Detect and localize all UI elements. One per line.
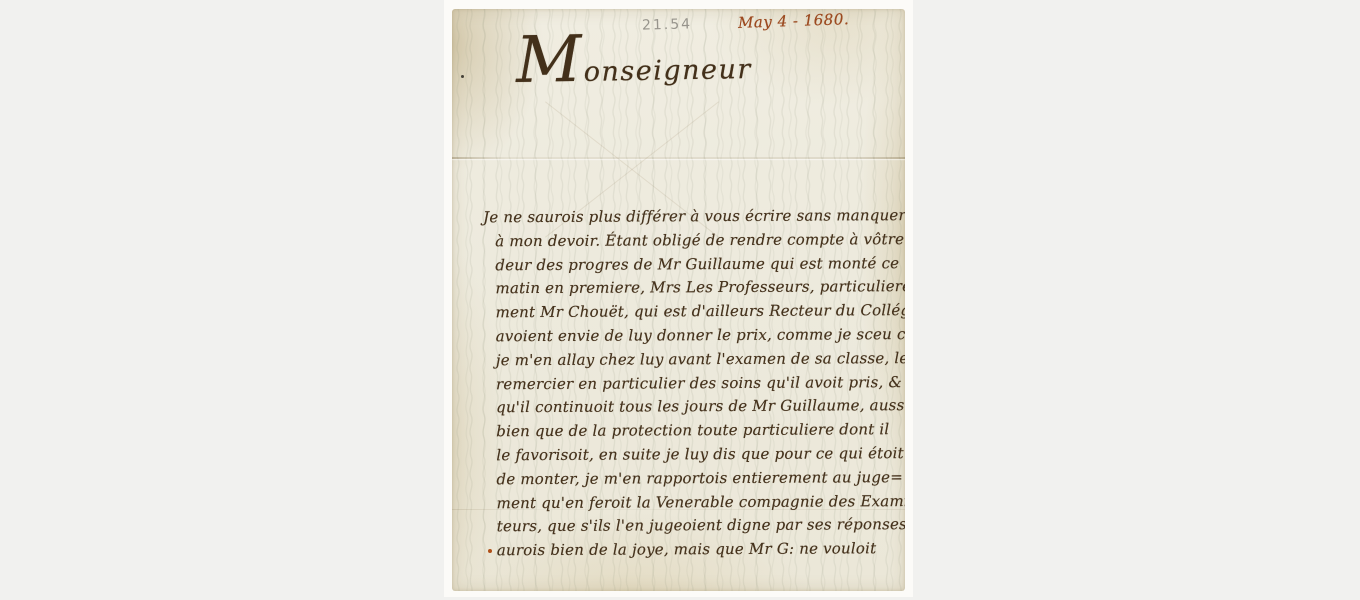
letter-line: matin en premiere, Mrs Les Professeurs, … xyxy=(495,275,905,301)
ink-speck xyxy=(461,75,464,78)
letter-line: ment Mr Chouët, qui est d'ailleurs Recte… xyxy=(496,299,905,325)
letter-line: avoient envie de luy donner le prix, com… xyxy=(496,323,905,349)
letter-line: de monter, je m'en rapportois entieremen… xyxy=(496,466,905,492)
letter-photo: 21.54 May 4 - 1680. M onseigneur Je ne s… xyxy=(444,0,913,597)
letter-line: bien que de la protection toute particul… xyxy=(496,418,905,444)
letter-line: Je ne saurois plus différer à vous écrir… xyxy=(483,204,905,230)
letter-line: ment qu'en feroit la Venerable compagnie… xyxy=(497,489,905,515)
letter-line: à mon devoir. Étant obligé de rendre com… xyxy=(495,228,905,254)
letter-line: je m'en allay chez luy avant l'examen de… xyxy=(496,347,905,373)
letter-body: Je ne saurois plus différer à vous écrir… xyxy=(495,204,905,563)
letter-line: remercier en particulier des soins qu'il… xyxy=(496,370,905,396)
salutation-rest: onseigneur xyxy=(583,54,752,88)
letter-paper: 21.54 May 4 - 1680. M onseigneur Je ne s… xyxy=(452,9,905,591)
salutation-initial: M xyxy=(515,28,584,93)
letter-line: le favorisoit, en suite je luy dis que p… xyxy=(496,442,905,468)
letter-line: teurs, que s'ils l'en jugeoient digne pa… xyxy=(497,513,905,539)
letter-line: aurois bien de la joye, mais que Mr G: n… xyxy=(497,537,905,563)
date-inscription: May 4 - 1680. xyxy=(738,10,850,32)
horizontal-fold-crease xyxy=(452,157,905,159)
letter-line: qu'il continuoit tous les jours de Mr Gu… xyxy=(496,394,905,420)
ink-blot xyxy=(488,549,492,553)
letter-line: deur des progres de Mr Guillaume qui est… xyxy=(495,251,905,277)
salutation: M onseigneur xyxy=(515,25,752,93)
page-background: 21.54 May 4 - 1680. M onseigneur Je ne s… xyxy=(0,0,1360,600)
